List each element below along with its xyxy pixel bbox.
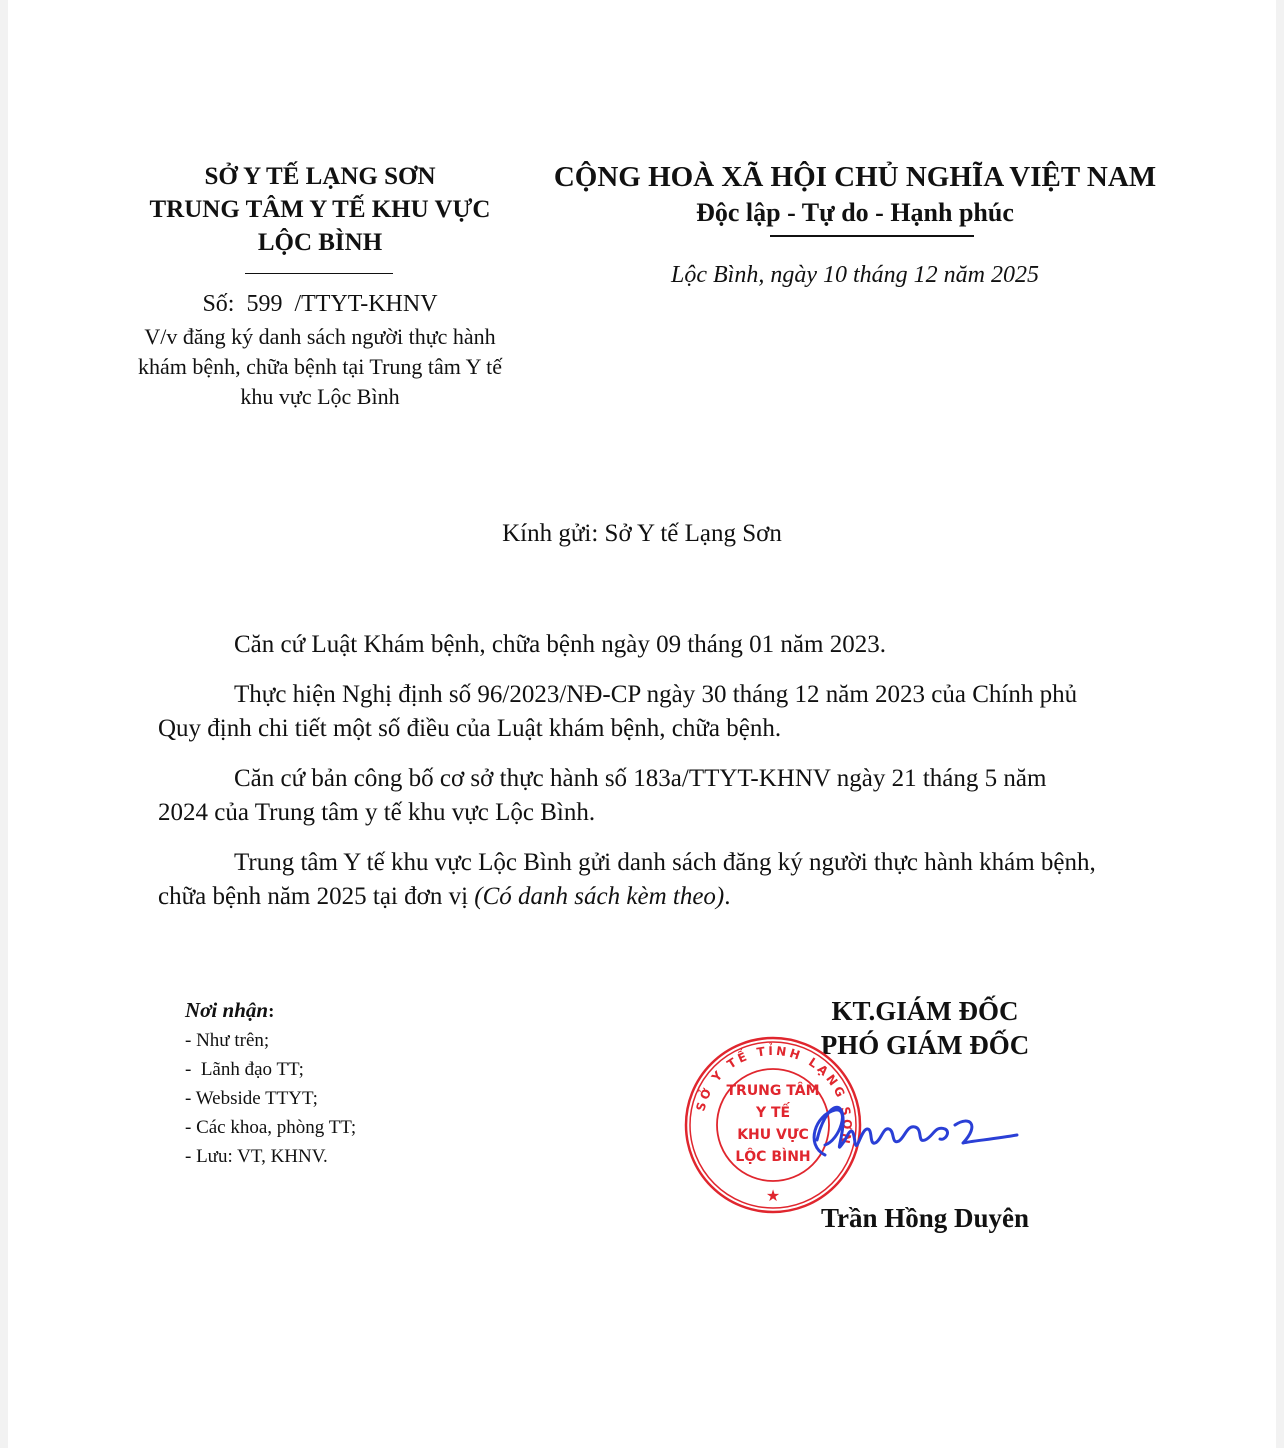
- unit-name-line2: LỘC BÌNH: [100, 226, 540, 259]
- final-paragraph-end: .: [724, 883, 730, 910]
- header-divider-right: [770, 235, 974, 237]
- body-paragraph: Căn cứ bản công bố cơ sở thực hành số 18…: [158, 762, 1098, 830]
- svg-text:Y TẾ: Y TẾ: [755, 1102, 791, 1121]
- attachment-note: (Có danh sách kèm theo): [474, 883, 724, 910]
- subject-line: khu vực Lộc Bình: [100, 382, 540, 412]
- document-subject: V/v đăng ký danh sách người thực hành kh…: [100, 322, 540, 412]
- recipient-item: - Webside TTYT;: [185, 1084, 485, 1113]
- signer-name: Trần Hồng Duyên: [760, 1200, 1090, 1236]
- addressee: Kính gửi: Sở Y tế Lạng Sơn: [0, 516, 1284, 552]
- subject-line: khám bệnh, chữa bệnh tại Trung tâm Y tế: [100, 352, 540, 382]
- subject-line: V/v đăng ký danh sách người thực hành: [100, 322, 540, 352]
- recipient-item: - Các khoa, phòng TT;: [185, 1113, 485, 1142]
- signatory-title-line1: KT.GIÁM ĐỐC: [760, 994, 1090, 1028]
- header-divider-left: [245, 273, 393, 274]
- recipients-title: Nơi nhận: [185, 998, 268, 1022]
- handwritten-signature-icon: [795, 1085, 1035, 1175]
- recipient-item: - Như trên;: [185, 1026, 485, 1055]
- document-number: Số: 599 /TTYT-KHNV: [100, 289, 540, 319]
- national-motto: Độc lập - Tự do - Hạnh phúc: [540, 196, 1170, 230]
- recipients-title-colon: :: [268, 1001, 274, 1022]
- body-paragraph: Căn cứ Luật Khám bệnh, chữa bệnh ngày 09…: [158, 628, 1098, 662]
- national-title: CỘNG HOÀ XÃ HỘI CHỦ NGHĨA VIỆT NAM: [540, 158, 1170, 196]
- recipient-item: - Lãnh đạo TT;: [185, 1055, 485, 1084]
- authority-name: SỞ Y TẾ LẠNG SƠN: [100, 160, 540, 193]
- recipients-list: Nơi nhận: - Như trên; - Lãnh đạo TT; - W…: [185, 996, 485, 1171]
- body-paragraph-final: Trung tâm Y tế khu vực Lộc Bình gửi danh…: [158, 846, 1098, 914]
- body-paragraph: Thực hiện Nghị định số 96/2023/NĐ-CP ngà…: [158, 678, 1098, 746]
- recipient-item: - Lưu: VT, KHNV.: [185, 1142, 485, 1171]
- issuing-authority-header: SỞ Y TẾ LẠNG SƠN TRUNG TÂM Y TẾ KHU VỰC …: [100, 160, 540, 259]
- unit-name-line1: TRUNG TÂM Y TẾ KHU VỰC: [100, 193, 540, 226]
- page-edge-left: [0, 0, 8, 1448]
- document-body: Căn cứ Luật Khám bệnh, chữa bệnh ngày 09…: [158, 628, 1098, 930]
- place-and-date: Lộc Bình, ngày 10 tháng 12 năm 2025: [540, 258, 1170, 292]
- page-edge-right: [1276, 0, 1284, 1448]
